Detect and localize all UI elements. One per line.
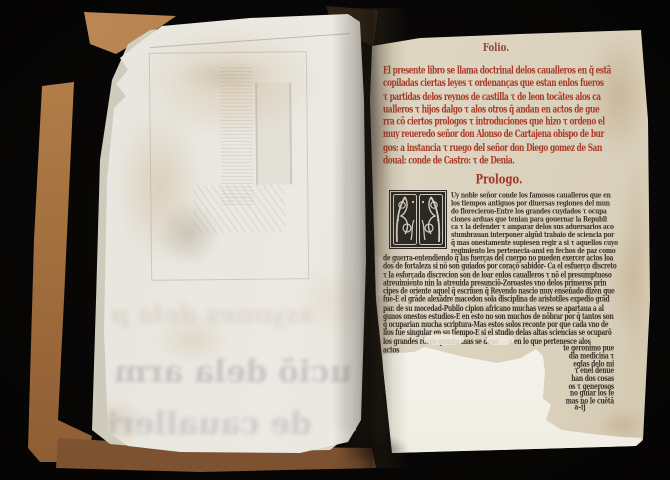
incipit-line: copiladas ciertas leyes τ ordenanças que…: [383, 77, 611, 90]
incipit-line: El presente libro se llama doctrinal del…: [383, 64, 611, 77]
woodcut-showthrough-doorway: [255, 82, 292, 184]
woodcut-showthrough-frame: [149, 51, 309, 281]
showthrough-text-band-1: ssyones dela p: [95, 300, 330, 329]
incipit-text-red: El presente libro se llama doctrinal del…: [383, 64, 611, 167]
margin-fragment-lines: dla medicina τeglas delo miτ enel denueh…: [500, 353, 614, 406]
prologo-heading: Prologo.: [383, 173, 615, 188]
incipit-line: gos: a instancia τ ruego del señor don D…: [383, 141, 611, 154]
showthrough-text-band-2: uciõ dela arm: [112, 354, 354, 390]
prologue-text-full-width: de guerra-entendiendo q̃ las fuerças del…: [383, 255, 613, 346]
incipit-line: muy reueredo señor don Alonso de Cartaje…: [383, 128, 611, 141]
incipit-line: doual: conde de Castro: τ de Denia.: [383, 154, 611, 167]
folio-header: Folio.: [383, 42, 609, 55]
incipit-line: ualleros τ hijos dalgo τ alos otros q̃ a…: [383, 102, 611, 115]
woodcut-showthrough-figure: [157, 201, 220, 266]
photo-stage: ssyones dela p uciõ dela arm de caualler…: [0, 0, 670, 480]
showthrough-text-band-3: de caualleri: [92, 406, 326, 442]
bottom-gutter-shadow: [342, 436, 408, 464]
signature-mark: a-ij: [556, 403, 604, 412]
incipit-line: τ partidas delos reynos de castilla τ de…: [383, 90, 611, 103]
prologue-text-indented: Uy noble señor conde los famosos caualle…: [451, 192, 613, 255]
incipit-line: rra cõ ciertos prologos τ introduciones …: [383, 115, 611, 128]
paper-loss-patch: [424, 334, 464, 345]
gutter-shadow: [332, 8, 408, 468]
